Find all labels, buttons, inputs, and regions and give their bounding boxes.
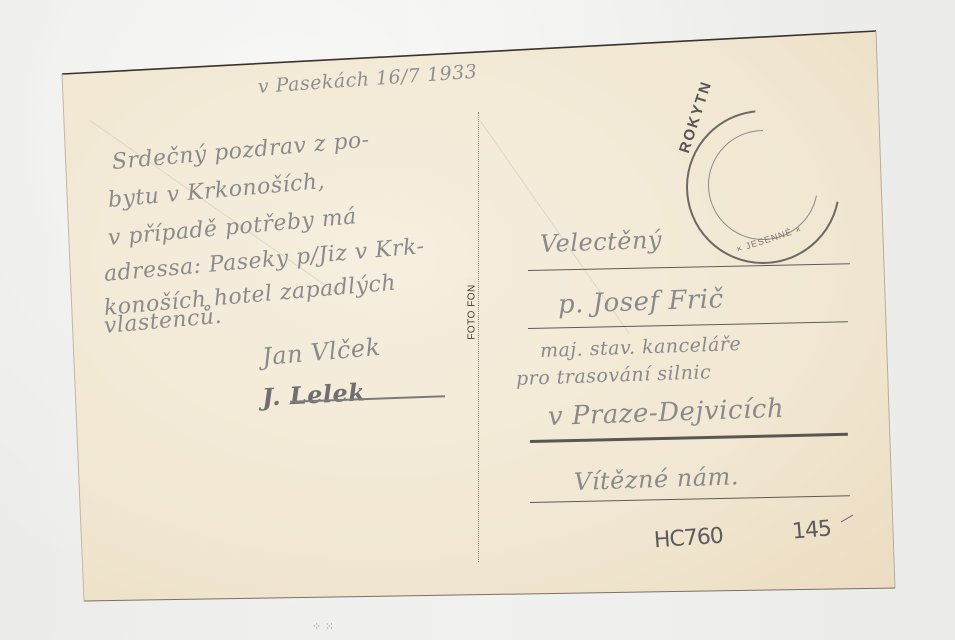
- address-salutation: Velectěný: [540, 226, 663, 258]
- printer-label: FOTO FON: [467, 278, 478, 345]
- scan-specks: ⁘ ⁙: [312, 620, 334, 633]
- address-recipient: p. Josef Frič: [557, 284, 724, 320]
- price-mark: 145: [791, 516, 832, 544]
- address-street: Vítězné nám.: [574, 462, 740, 496]
- inventory-code: HC760: [653, 524, 723, 554]
- center-divider: [478, 112, 479, 562]
- signature-2: J. Lelek: [261, 377, 366, 411]
